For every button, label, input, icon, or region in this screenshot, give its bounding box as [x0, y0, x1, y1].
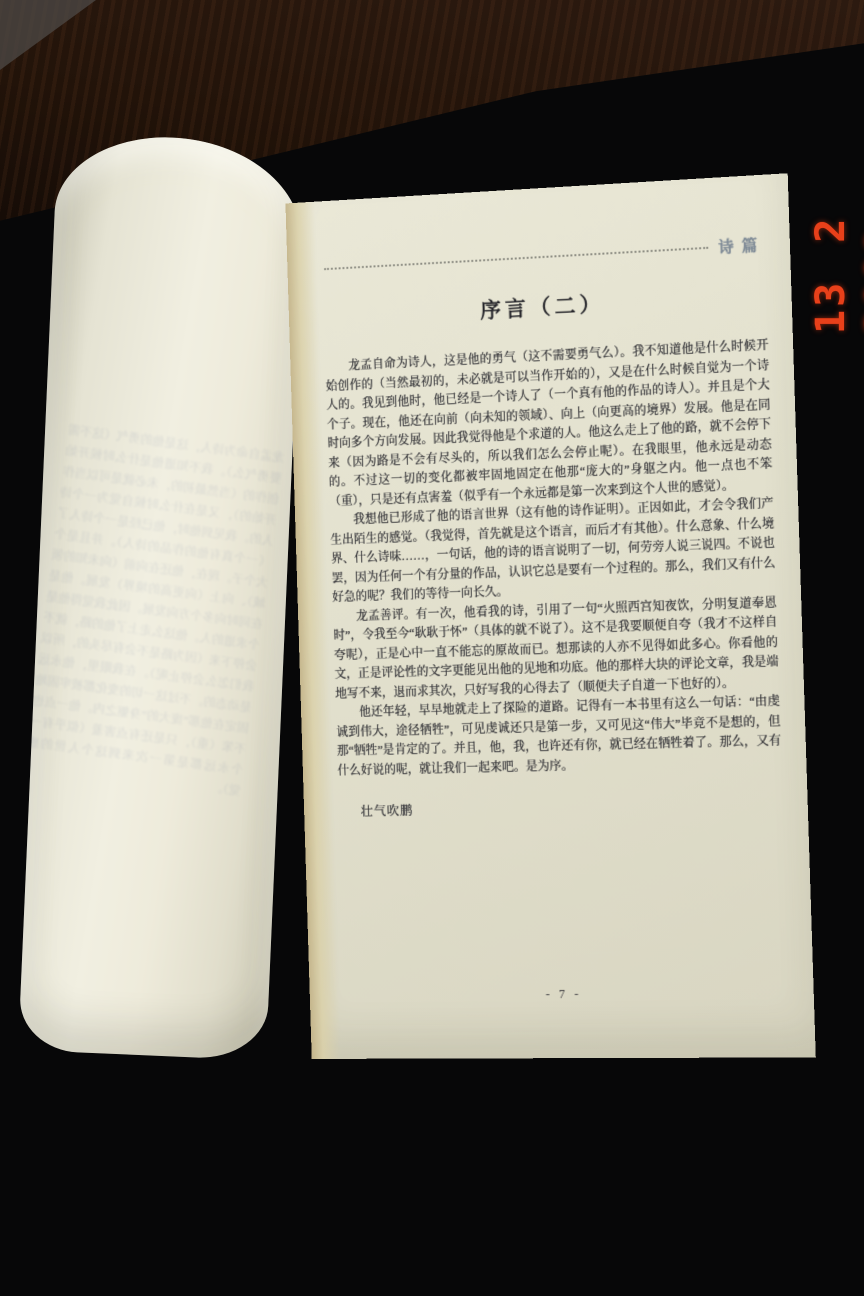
body-paragraph: 他还年轻，早早地就走上了探险的道路。记得有一本书里有这么一句话：“由虔诚到伟大，…: [336, 692, 782, 781]
page-title: 序言（二）: [323, 279, 767, 332]
page-content: 诗篇 序言（二） 龙孟自命为诗人，这是他的勇气（这不需要勇气么）。我不知道他是什…: [320, 175, 791, 1059]
body-paragraph: 龙孟自命为诗人，这是他的勇气（这不需要勇气么）。我不知道他是什么时候开始创作的（…: [325, 336, 773, 512]
header-section-label: 诗篇: [718, 233, 766, 257]
rolled-page: 龙孟自命为诗人，这是他的勇气（这不需要勇气么）。我不知道他是什么时候开始创作的（…: [18, 133, 306, 1061]
body-text: 龙孟自命为诗人，这是他的勇气（这不需要勇气么）。我不知道他是什么时候开始创作的（…: [325, 336, 782, 781]
camera-date-stamp: 13 2 2009: [806, 122, 856, 334]
body-paragraph: 龙孟善评。有一次，他看我的诗，引用了一句“火照西宫知夜饮，分明复道奉恩时”，令我…: [333, 593, 780, 704]
author-signature: 壮气吹鹏: [360, 793, 783, 819]
body-paragraph: 我想他已形成了他的语言世界（这有他的诗作证明）。正因如此，才会令我们产生出陌生的…: [330, 494, 777, 608]
photo-background: 13 2 2009 龙孟自命为诗人，这是他的勇气（这不需要勇气么）。我不知道他是…: [0, 0, 864, 1296]
page-header: 诗篇: [322, 233, 766, 279]
page-number: - 7 -: [344, 985, 789, 1003]
show-through-text: 龙孟自命为诗人，这是他的勇气（这不需要勇气么）。我不知道他是什么时候开始创作的（…: [23, 420, 286, 802]
book-page: 诗篇 序言（二） 龙孟自命为诗人，这是他的勇气（这不需要勇气么）。我不知道他是什…: [285, 173, 815, 1059]
header-dotted-rule: [324, 246, 708, 269]
